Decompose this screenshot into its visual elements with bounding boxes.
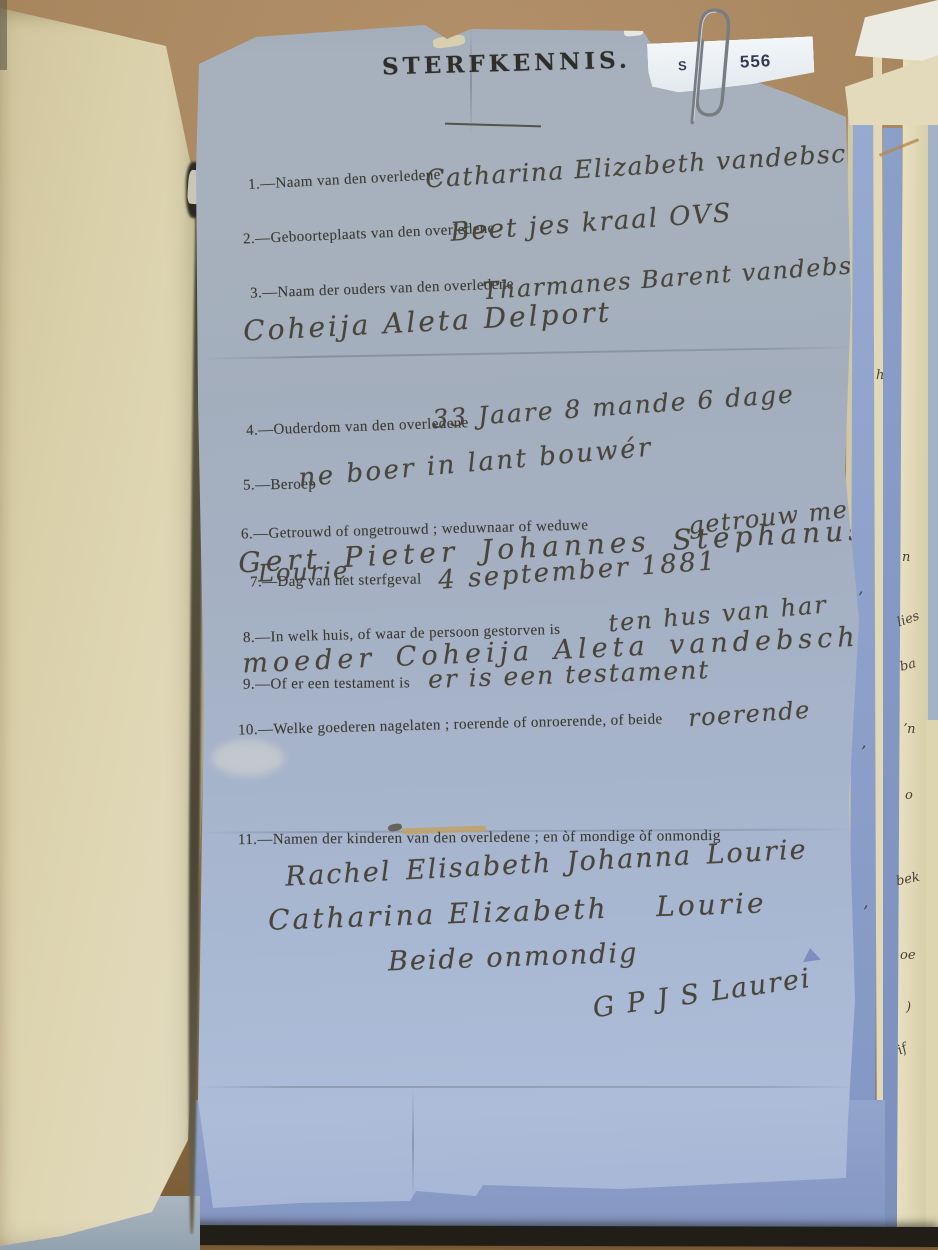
blue-triangle-mark bbox=[801, 947, 821, 962]
fold-crease bbox=[200, 346, 860, 360]
book-bottom-shadow bbox=[178, 1225, 938, 1247]
photographed-death-notice: h n lies ba ʼn o bek oe ) if ’ ’ ’ STERF… bbox=[0, 0, 938, 1250]
field-value-11-line3: Beide onmondig bbox=[388, 938, 639, 978]
field-value-5: ne boer in lant bouwér bbox=[297, 433, 654, 494]
torn-paper-fleck bbox=[624, 26, 644, 37]
title-rule bbox=[445, 123, 541, 128]
field-value-3-line2: Coheija Aleta Delport bbox=[242, 295, 612, 347]
page-corner bbox=[855, 0, 938, 62]
edge-writing-fragment: ) bbox=[906, 1000, 911, 1015]
field-value-2: Beet jes kraal OVS bbox=[449, 198, 733, 248]
edge-writing-fragment: o bbox=[905, 788, 913, 803]
edge-writing-fragment: h bbox=[876, 368, 884, 383]
worn-spot bbox=[212, 740, 284, 776]
left-facing-page bbox=[0, 0, 212, 1250]
fold-crease bbox=[470, 28, 472, 136]
left-edge-shadow bbox=[0, 0, 7, 70]
page-edge-strip bbox=[928, 35, 938, 725]
edge-writing-fragment: ʼn bbox=[903, 722, 916, 737]
tag-number: 556 bbox=[739, 51, 771, 72]
field-value-6-line3: Lourie bbox=[258, 556, 350, 587]
field-value-1: Catharina Elizabeth vandebschijp bbox=[425, 136, 902, 194]
field-value-10: roerende bbox=[687, 696, 811, 732]
edge-writing-fragment: ’ bbox=[858, 588, 863, 607]
fold-crease bbox=[412, 1088, 414, 1200]
edge-writing-fragment: ’ bbox=[861, 742, 866, 761]
field-label-3: 3.—Naam der ouders van den overledene bbox=[250, 276, 514, 302]
edge-writing-fragment: ’ bbox=[863, 902, 868, 921]
fold-crease bbox=[196, 1086, 860, 1088]
signature: G P J S Laurei bbox=[591, 963, 813, 1024]
field-label-10: 10.—Welke goederen nagelaten ; roerende … bbox=[238, 711, 663, 739]
edge-writing-fragment: oe bbox=[900, 948, 916, 963]
page-edge-strip bbox=[926, 720, 938, 1240]
field-value-4: 33 Jaare 8 mande 6 dage bbox=[431, 379, 795, 433]
field-value-11-line2: Catharina Elizabeth Lourie bbox=[268, 886, 767, 936]
form-title: STERFKENNIS. bbox=[382, 47, 631, 81]
torn-paper-fleck bbox=[432, 34, 465, 49]
edge-writing-fragment: n bbox=[902, 550, 910, 565]
field-label-1: 1.—Naam van den overledene bbox=[248, 167, 441, 194]
